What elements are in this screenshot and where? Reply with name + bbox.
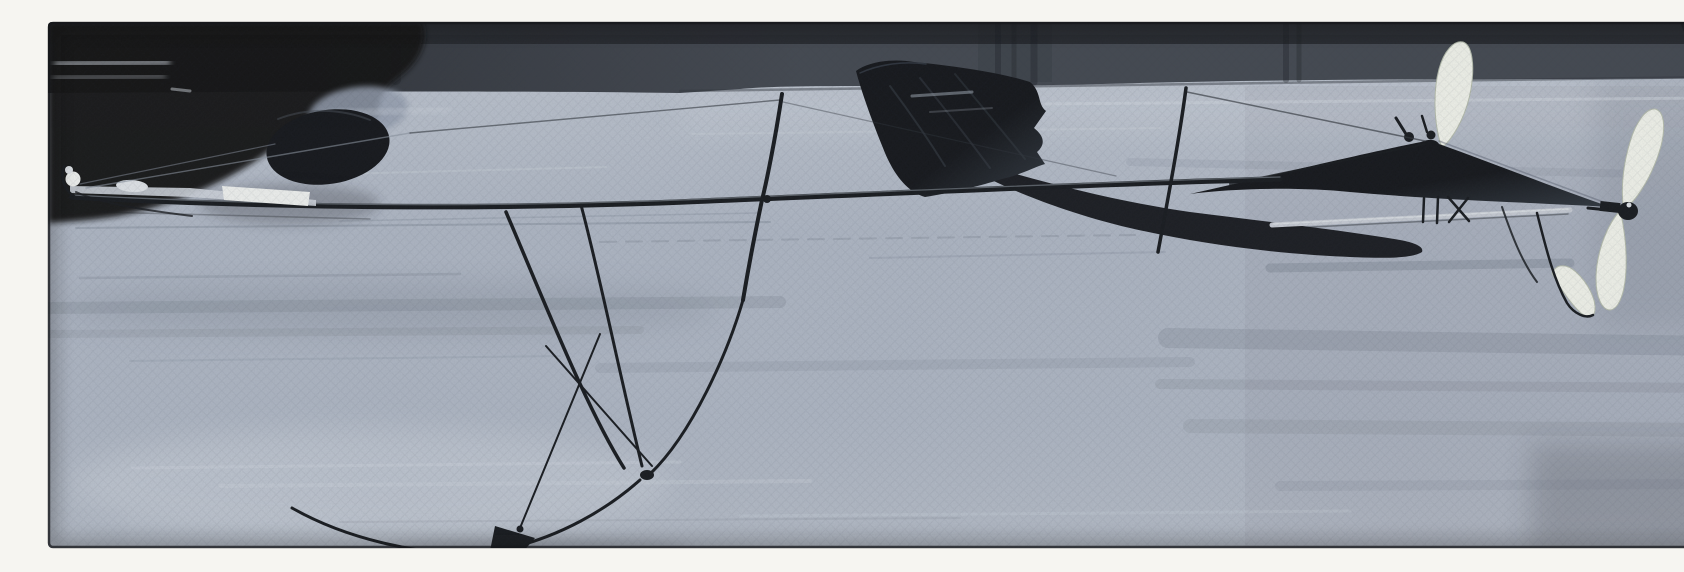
model-aeroplane-photo — [40, 16, 1684, 556]
film-grain — [48, 22, 1684, 548]
photograph — [48, 22, 1684, 556]
photo-figure — [40, 16, 1684, 556]
